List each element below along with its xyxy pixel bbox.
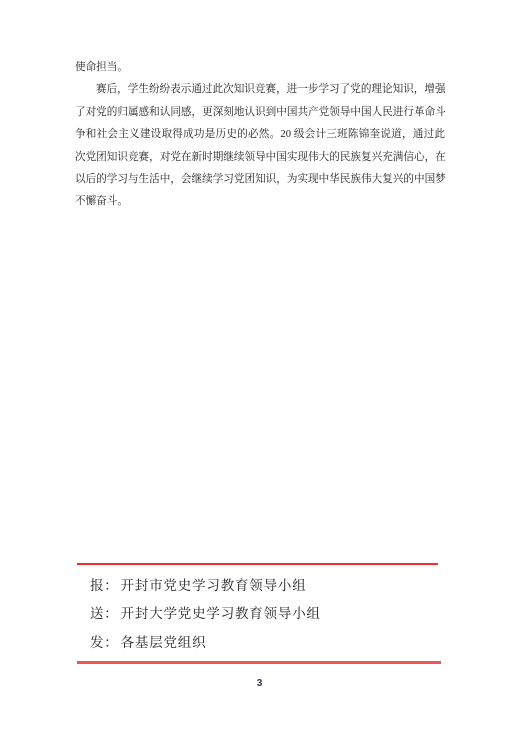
paragraph-line: 次党团知识竞赛，对党在新时期继续领导中国实现伟大的民族复兴充满信心，在 [75, 147, 445, 169]
distribution-item-bao: 报：开封市党史学习教育领导小组 [90, 574, 450, 594]
paragraph-line: 以后的学习与生活中，会继续学习党团知识，为实现中华民族伟大复兴的中国梦 [75, 169, 445, 191]
document-page: 使命担当。 赛后，学生纷纷表示通过此次知识竞赛，进一步学习了党的理论知识，增强 … [0, 0, 519, 733]
distribution-label: 报： [90, 578, 119, 593]
distribution-item-fa: 发：各基层党组织 [90, 631, 450, 651]
paragraph-line: 了对党的归属感和认同感，更深刻地认识到中国共产党领导中国人民进行革命斗 [75, 102, 445, 124]
paragraph-line: 争和社会主义建设取得成功是历史的必然。20 级会计三班陈锦奎说道，通过此 [75, 124, 445, 146]
paragraph-line: 赛后，学生纷纷表示通过此次知识竞赛，进一步学习了党的理论知识，增强 [75, 79, 445, 101]
distribution-target: 各基层党组织 [121, 635, 207, 650]
page-number: 3 [0, 678, 519, 689]
distribution-label: 送： [90, 606, 119, 621]
distribution-target: 开封市党史学习教育领导小组 [121, 578, 307, 593]
distribution-item-song: 送：开封大学党史学习教育领导小组 [90, 602, 450, 622]
red-rule-top [77, 563, 438, 565]
distribution-label: 发： [90, 635, 119, 650]
body-paragraphs: 使命担当。 赛后，学生纷纷表示通过此次知识竞赛，进一步学习了党的理论知识，增强 … [75, 57, 445, 214]
paragraph-line: 使命担当。 [75, 57, 445, 79]
distribution-target: 开封大学党史学习教育领导小组 [121, 606, 321, 621]
red-rule-bottom [77, 661, 441, 664]
paragraph-line: 不懈奋斗。 [75, 191, 445, 213]
